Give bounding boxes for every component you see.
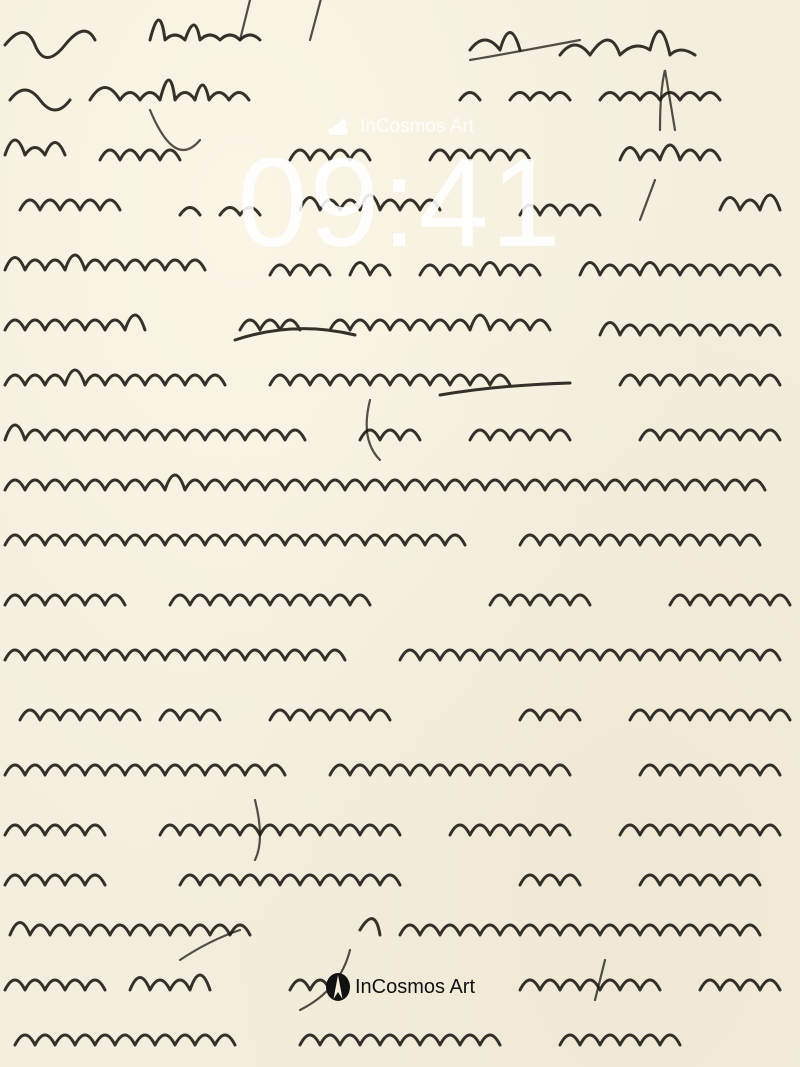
lock-screen-clock: 09:41	[0, 140, 800, 266]
incosmos-logo-icon	[325, 972, 351, 1002]
footer-brand-label: InCosmos Art	[355, 976, 475, 999]
footer-brand: InCosmos Art	[0, 972, 800, 1002]
